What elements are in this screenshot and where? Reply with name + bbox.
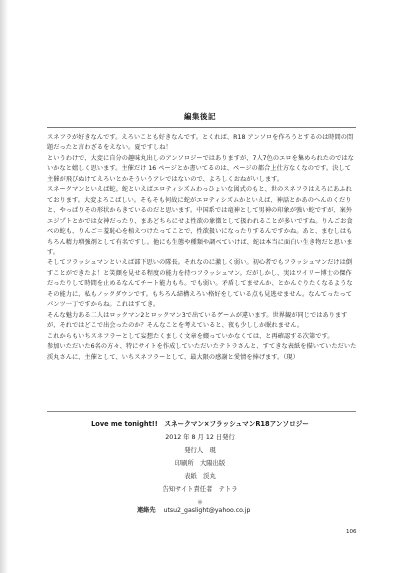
- paragraph: これからもいちスネフラーとして妄想たくましく文章を綴っていかなくては、と再確認す…: [47, 332, 357, 342]
- page-title: 編集後記: [0, 111, 400, 122]
- contact-info: 連絡先 utsu2_gaslight@yahoo.co.jp: [137, 505, 250, 514]
- paragraph: 参加いただいた6名の方々、特にサイトを作成していただいたテトラさんと、すてきな表…: [47, 342, 357, 363]
- paragraph: というわけで、大変に自分の趣味丸出しのアンソロジーではありますが、7人7色のエロ…: [47, 154, 357, 185]
- paragraph: スネフラが好きなんです。えろいことも好きなんです。とくれば、R18 アンソロを作…: [47, 133, 357, 154]
- paragraph: そんな魅力ある二人はロックマン2とロックマン3で出ているゲームが違います。世界観…: [47, 311, 357, 332]
- colophon-divider: [47, 411, 356, 412]
- cover-artist: 表紙 渓丸: [0, 470, 400, 483]
- paragraph: そしてフラッシュマンといえば部下思いの隊長。それなのに激しく弱い。初心者でもフラ…: [47, 258, 357, 310]
- afterword-body: スネフラが好きなんです。えろいことも好きなんです。とくれば、R18 アンソロを作…: [47, 133, 357, 363]
- publication-date: 2012 年 8 月 12 日発行: [0, 431, 400, 444]
- title-divider: [47, 127, 356, 128]
- colophon: Love me tonight!! スネークマン×フラッシュマンR18アンソロジ…: [0, 418, 400, 509]
- contact-label: 連絡先: [137, 507, 156, 514]
- page-number: 106: [346, 529, 357, 535]
- site-manager: 告知サイト責任者 テトラ: [0, 483, 400, 496]
- publisher: 発行人 現: [0, 444, 400, 457]
- paragraph: スネークマンといえば蛇。蛇といえばエロティシズムわっひょいな図式のもと、世のスネ…: [47, 185, 357, 258]
- contact-email: utsu2_gaslight@yahoo.co.jp: [164, 507, 251, 514]
- book-title: Love me tonight!! スネークマン×フラッシュマンR18アンソロジ…: [0, 418, 400, 431]
- printer: 印刷所 大陽出版: [0, 457, 400, 470]
